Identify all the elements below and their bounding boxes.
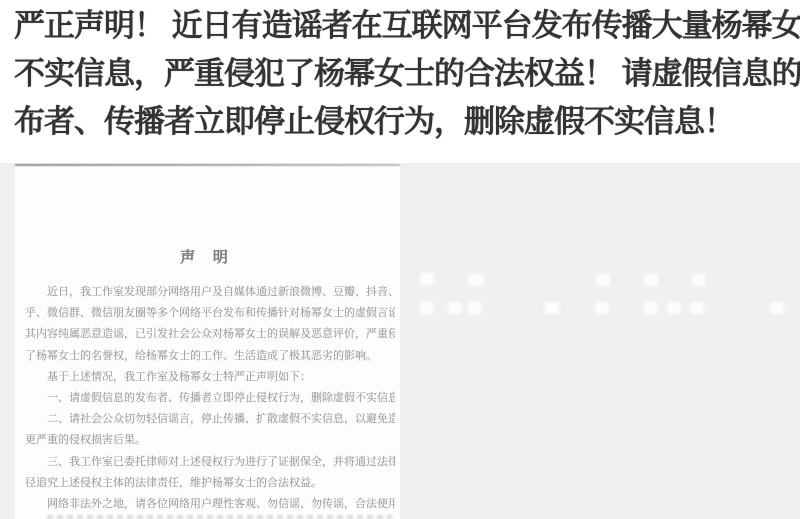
- statement-screenshot: 严正声明！ 近日有造谣者在互联网平台发布传播大量杨幂女士 不实信息，严重侵犯了杨…: [0, 0, 800, 519]
- page-top-edge: [15, 164, 400, 166]
- document-title: 声 明: [15, 246, 400, 267]
- body-line: 三、我工作室已委托律师对上述侵权行为进行了证据保全，并将通过法律途: [25, 452, 395, 473]
- cropped-last-line: [47, 515, 392, 519]
- statement-page: 声 明 近日，我工作室发现部分网络用户及自媒体通过新浪微博、豆瓣、抖音、知 乎、…: [15, 164, 400, 519]
- body-line: 径追究上述侵权主体的法律责任，维护杨幂女士的合法权益。: [25, 473, 395, 494]
- document-body: 近日，我工作室发现部分网络用户及自媒体通过新浪微博、豆瓣、抖音、知 乎、微信群、…: [25, 282, 395, 515]
- headline-line-3: 布者、传播者立即停止侵权行为，删除虚假不实信息！: [14, 98, 800, 146]
- watermark-ghost-artifacts: [420, 273, 434, 285]
- body-line: 二、请社会公众切勿轻信谣言，停止传播、扩散虚假不实信息，以避免造成: [25, 409, 395, 430]
- body-line: 近日，我工作室发现部分网络用户及自媒体通过新浪微博、豆瓣、抖音、知: [25, 282, 395, 303]
- body-line: 了杨幂女士的名誉权，给杨幂女士的工作、生活造成了极其恶劣的影响。: [25, 346, 395, 367]
- body-line: 更严重的侵权损害后果。: [25, 430, 395, 451]
- body-line: 一、请虚假信息的发布者、传播者立即停止侵权行为，删除虚假不实信息。: [25, 388, 395, 409]
- body-line: 乎、微信群、微信朋友圈等多个网络平台发布和传播针对杨幂女士的虚假言论，: [25, 303, 395, 324]
- document-section: 声 明 近日，我工作室发现部分网络用户及自媒体通过新浪微博、豆瓣、抖音、知 乎、…: [0, 163, 800, 519]
- headline-line-1: 严正声明！ 近日有造谣者在互联网平台发布传播大量杨幂女士: [14, 2, 800, 50]
- statement-headline: 严正声明！ 近日有造谣者在互联网平台发布传播大量杨幂女士 不实信息，严重侵犯了杨…: [14, 2, 800, 146]
- headline-line-2: 不实信息，严重侵犯了杨幂女士的合法权益！ 请虚假信息的发: [14, 50, 800, 98]
- body-line: 其内容纯属恶意造谣，已引发社会公众对杨幂女士的误解及恶意评价，严重侵害: [25, 324, 395, 345]
- body-line: 网络非法外之地，请各位网络用户理性客观、勿信谣、勿传谣，合法使用网: [25, 494, 395, 515]
- body-line: 基于上述情况，我工作室及杨幂女士特严正声明如下：: [25, 367, 395, 388]
